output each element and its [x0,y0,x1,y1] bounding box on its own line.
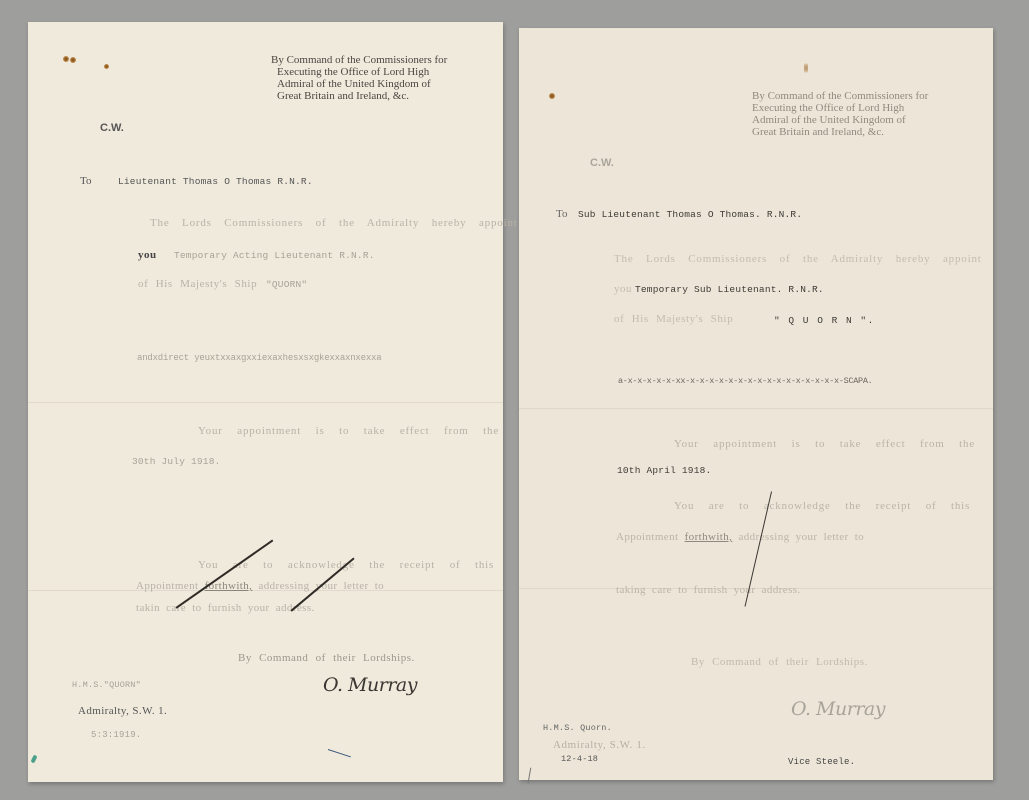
letterhead: By Command of the Commissioners for Exec… [271,54,447,102]
letterhead-line: Great Britain and Ireland, &c. [752,126,928,138]
struck-out-line: andxdirect yeuxtxxaxgxxiexaxhesxsxgkexxa… [137,353,381,363]
appointment-word: Appointment [136,580,198,592]
acknowledge-line-3: takin care to furnish your address. [136,602,315,614]
recipient-name: Sub Lieutenant Thomas O Thomas. R.N.R. [578,209,802,220]
footer-vice: Vice Steele. [788,757,855,767]
signature: O. Murray [791,698,885,720]
footer-date: 12-4-18 [561,754,598,764]
letterhead-line: By Command of the Commissioners for [752,90,928,102]
appointment-text: The Lords Commissioners of the Admiralty… [614,253,982,265]
foxing-stain [70,57,76,63]
you-word: you [138,249,157,261]
ship-name: " Q U O R N ". [774,315,875,326]
foxing-stain [63,56,69,62]
footer-office: Admiralty, S.W. 1. [78,705,167,717]
reference-code: C.W. [100,122,124,134]
closing-text: By Command of their Lordships. [691,656,868,668]
effect-text: Your appointment is to take effect from … [674,438,975,450]
green-ink-mark [30,755,37,764]
footer-ship: H.M.S. Quorn. [543,723,612,733]
ship-prefix: of His Majesty's Ship [614,313,733,325]
footer-office: Admiralty, S.W. 1. [553,739,646,751]
to-label: To [80,175,91,187]
acknowledge-line-3: taking care to furnish your address. [616,584,801,596]
struck-out-line: a-x-x-x-x-x-xx-x-x-x-x-x-x-x-x-x-x-x-x-x… [618,376,872,386]
foxing-stain [804,63,808,73]
letterhead: By Command of the Commissioners for Exec… [752,90,928,138]
letterhead-line: Executing the Office of Lord High [271,66,447,78]
foxing-stain [104,64,109,69]
right-appointment-letter: By Command of the Commissioners for Exec… [519,28,993,780]
fold-line [519,408,993,409]
reference-code: C.W. [590,157,614,169]
pen-strike-mark [176,539,274,608]
letterhead-line: Great Britain and Ireland, &c. [271,90,447,102]
signature: O. Murray [323,674,417,696]
fold-line [28,402,503,403]
letterhead-line: Executing the Office of Lord High [752,102,928,114]
left-appointment-letter: By Command of the Commissioners for Exec… [28,22,503,782]
letterhead-line: By Command of the Commissioners for [271,54,447,66]
acknowledge-line-2: Appointment forthwith, addressing your l… [136,580,384,592]
recipient-name: Lieutenant Thomas O Thomas R.N.R. [118,176,313,187]
letterhead-line: Admiral of the United Kingdom of [752,114,928,126]
forthwith-word: forthwith, [685,531,733,543]
acknowledge-line-2: Appointment forthwith, addressing your l… [616,531,864,543]
appointment-word: Appointment [616,531,678,543]
ship-prefix: of His Majesty's Ship [138,278,257,290]
addressing-text: addressing your letter to [738,531,864,543]
effect-text: Your appointment is to take effect from … [198,425,499,437]
footer-ship: H.M.S."QUORN" [72,680,141,690]
closing-text: By Command of their Lordships. [238,652,415,664]
to-label: To [556,208,567,220]
effect-date: 30th July 1918. [132,456,221,467]
you-word: you [614,283,632,295]
rank-text: Temporary Acting Lieutenant R.N.R. [174,250,375,261]
footer-date: 5:3:1919. [91,730,141,740]
ink-mark [328,749,351,757]
appointment-text: The Lords Commissioners of the Admiralty… [150,217,518,229]
effect-date: 10th April 1918. [617,465,711,476]
foxing-stain [549,93,555,99]
letterhead-line: Admiral of the United Kingdom of [271,78,447,90]
ship-name: "QUORN" [266,279,307,290]
rank-text: Temporary Sub Lieutenant. R.N.R. [635,284,824,295]
acknowledge-text: You are to acknowledge the receipt of th… [674,500,970,512]
pencil-mark [528,768,532,784]
